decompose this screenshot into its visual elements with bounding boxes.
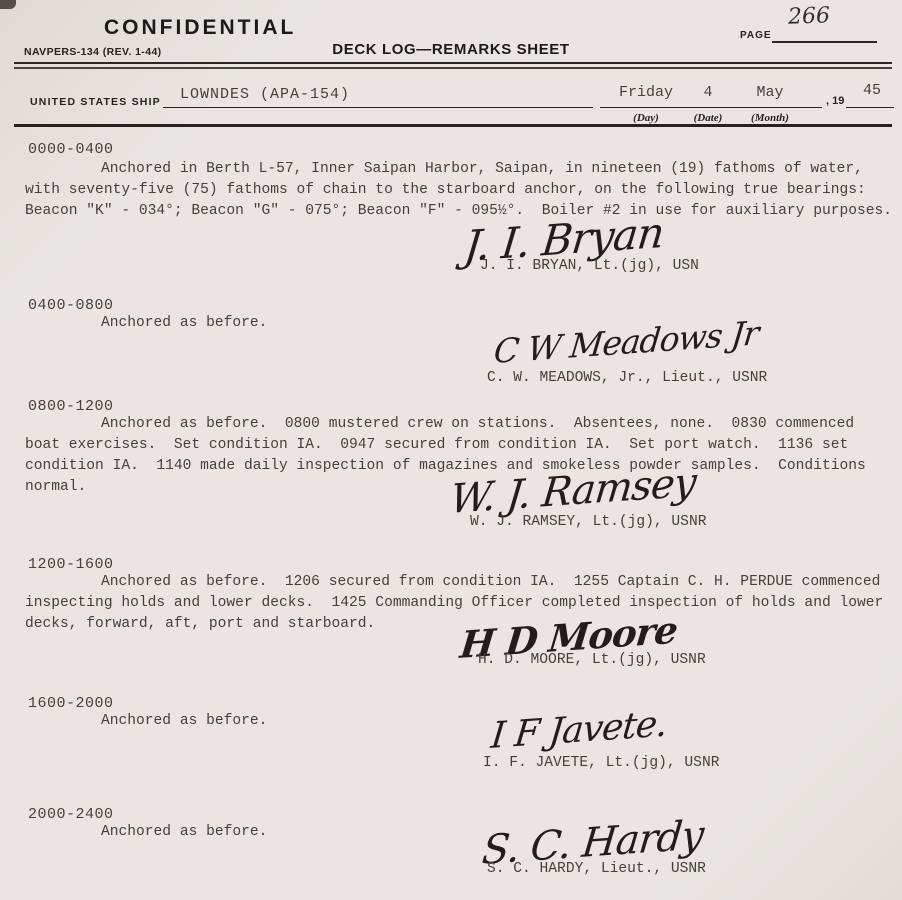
year-line <box>846 107 894 108</box>
signature-typed-name: J. I. BRYAN, Lt.(jg), USN <box>480 258 699 274</box>
divider <box>14 62 892 64</box>
page-title: DECK LOG—REMARKS SHEET <box>0 41 902 58</box>
watch-period-label: 0000-0400 <box>28 141 114 158</box>
date-day-field: Friday <box>607 84 685 101</box>
watch-period-label: 0800-1200 <box>28 398 114 415</box>
divider <box>14 67 892 69</box>
signature-typed-name: C. W. MEADOWS, Jr., Lieut., USNR <box>487 370 767 386</box>
log-entry-text: Anchored in Berth L-57, Inner Saipan Har… <box>25 159 897 222</box>
month-column-label: (Month) <box>735 112 805 124</box>
ship-label: UNITED STATES SHIP <box>30 96 161 108</box>
date-month-field: May <box>735 84 805 101</box>
page-label: PAGE <box>740 30 772 41</box>
page-number-handwritten: 266 <box>788 3 831 29</box>
date-date-field: 4 <box>688 84 728 101</box>
log-entry-text: Anchored as before. 1206 secured from co… <box>25 572 897 635</box>
date-column-label: (Date) <box>688 112 728 124</box>
classification-stamp: CONFIDENTIAL <box>104 16 296 40</box>
date-line <box>600 107 822 108</box>
signature-typed-name: H. D. MOORE, Lt.(jg), USNR <box>478 652 706 668</box>
watch-period-label: 0400-0800 <box>28 297 114 314</box>
watch-period-label: 1200-1600 <box>28 556 114 573</box>
signature-typed-name: S. C. HARDY, Lieut., USNR <box>487 861 706 877</box>
watch-period-label: 2000-2400 <box>28 806 114 823</box>
ship-name-field: LOWNDES (APA-154) <box>180 86 350 103</box>
day-column-label: (Day) <box>607 112 685 124</box>
ship-name-line <box>163 107 593 108</box>
log-entry-text: Anchored as before. <box>25 822 897 843</box>
deck-log-page: { "header": { "classification": "CONFIDE… <box>0 0 902 900</box>
year-field: 45 <box>852 82 892 99</box>
watch-period-label: 1600-2000 <box>28 695 114 712</box>
divider <box>14 124 892 127</box>
signature-typed-name: I. F. JAVETE, Lt.(jg), USNR <box>483 755 719 771</box>
log-entry-text: Anchored as before. <box>25 313 897 334</box>
year-prefix-label: , 19 <box>826 95 844 107</box>
log-entry-text: Anchored as before. <box>25 711 897 732</box>
scan-artifact <box>0 0 16 9</box>
signature-typed-name: W. J. RAMSEY, Lt.(jg), USNR <box>470 514 706 530</box>
